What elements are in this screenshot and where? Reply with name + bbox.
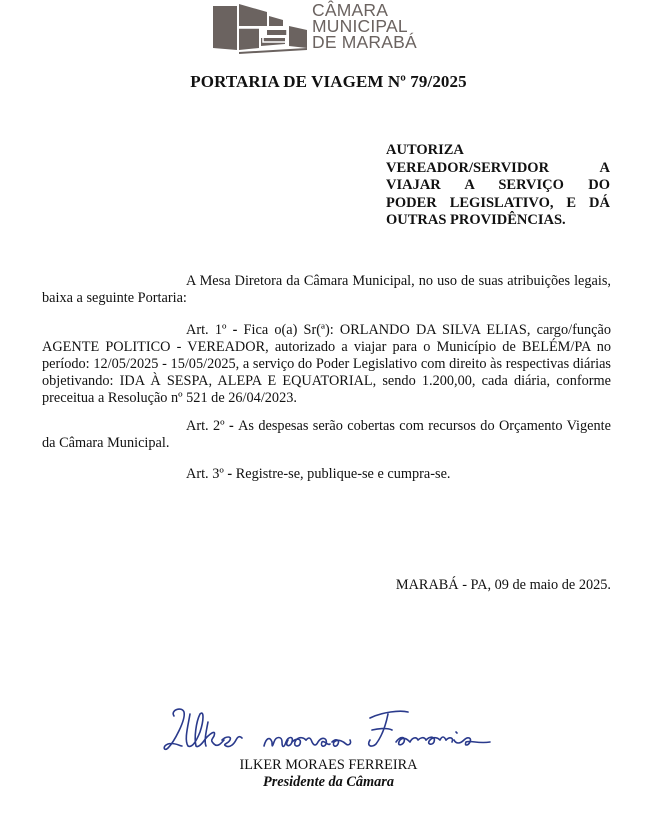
signatory-role: Presidente da Câmara <box>0 774 657 791</box>
article-label: Art. 1º <box>186 322 226 338</box>
logo-wordmark: CÂMARA MUNICIPAL DE MARABÁ <box>312 2 417 50</box>
preamble-paragraph: A Mesa Diretora da Câmara Municipal, no … <box>42 273 611 307</box>
ementa: AUTORIZA VEREADOR/SERVIDOR A VIAJAR A SE… <box>386 142 610 230</box>
article-separator: - <box>225 418 239 434</box>
preamble-text: A Mesa Diretora da Câmara Municipal, no … <box>42 273 611 306</box>
ementa-line: PODER LEGISLATIVO, E DÁ <box>386 195 610 213</box>
article-label: Art. 3º <box>186 466 224 482</box>
signatory-name: ILKER MORAES FERREIRA <box>0 757 657 774</box>
logo-line: DE MARABÁ <box>312 34 417 50</box>
handwritten-signature <box>160 702 500 762</box>
camara-logo: CÂMARA MUNICIPAL DE MARABÁ <box>203 2 463 54</box>
article-2: Art. 2º - As despesas serão cobertas com… <box>42 418 611 452</box>
place-date: MARABÁ - PA, 09 de maio de 2025. <box>396 577 611 594</box>
ementa-line: VIAJAR A SERVIÇO DO <box>386 177 610 195</box>
article-text: As despesas serão cobertas com recursos … <box>42 418 611 451</box>
document-title: PORTARIA DE VIAGEM Nº 79/2025 <box>0 72 657 92</box>
ementa-line: AUTORIZA <box>386 142 610 160</box>
article-3: Art. 3º - Registre-se, publique-se e cum… <box>42 466 611 483</box>
ementa-line: VEREADOR/SERVIDOR A <box>386 160 610 178</box>
article-separator: - <box>224 466 236 482</box>
article-1: Art. 1º - Fica o(a) Sr(ª): ORLANDO DA SI… <box>42 322 611 407</box>
article-separator: - <box>226 322 243 338</box>
ementa-line: OUTRAS PROVIDÊNCIAS. <box>386 212 610 230</box>
article-text: Registre-se, publique-se e cumpra-se. <box>236 466 451 482</box>
building-icon <box>203 2 311 54</box>
article-text: Fica o(a) Sr(ª): ORLANDO DA SILVA ELIAS,… <box>42 322 611 406</box>
article-label: Art. 2º <box>186 418 225 434</box>
